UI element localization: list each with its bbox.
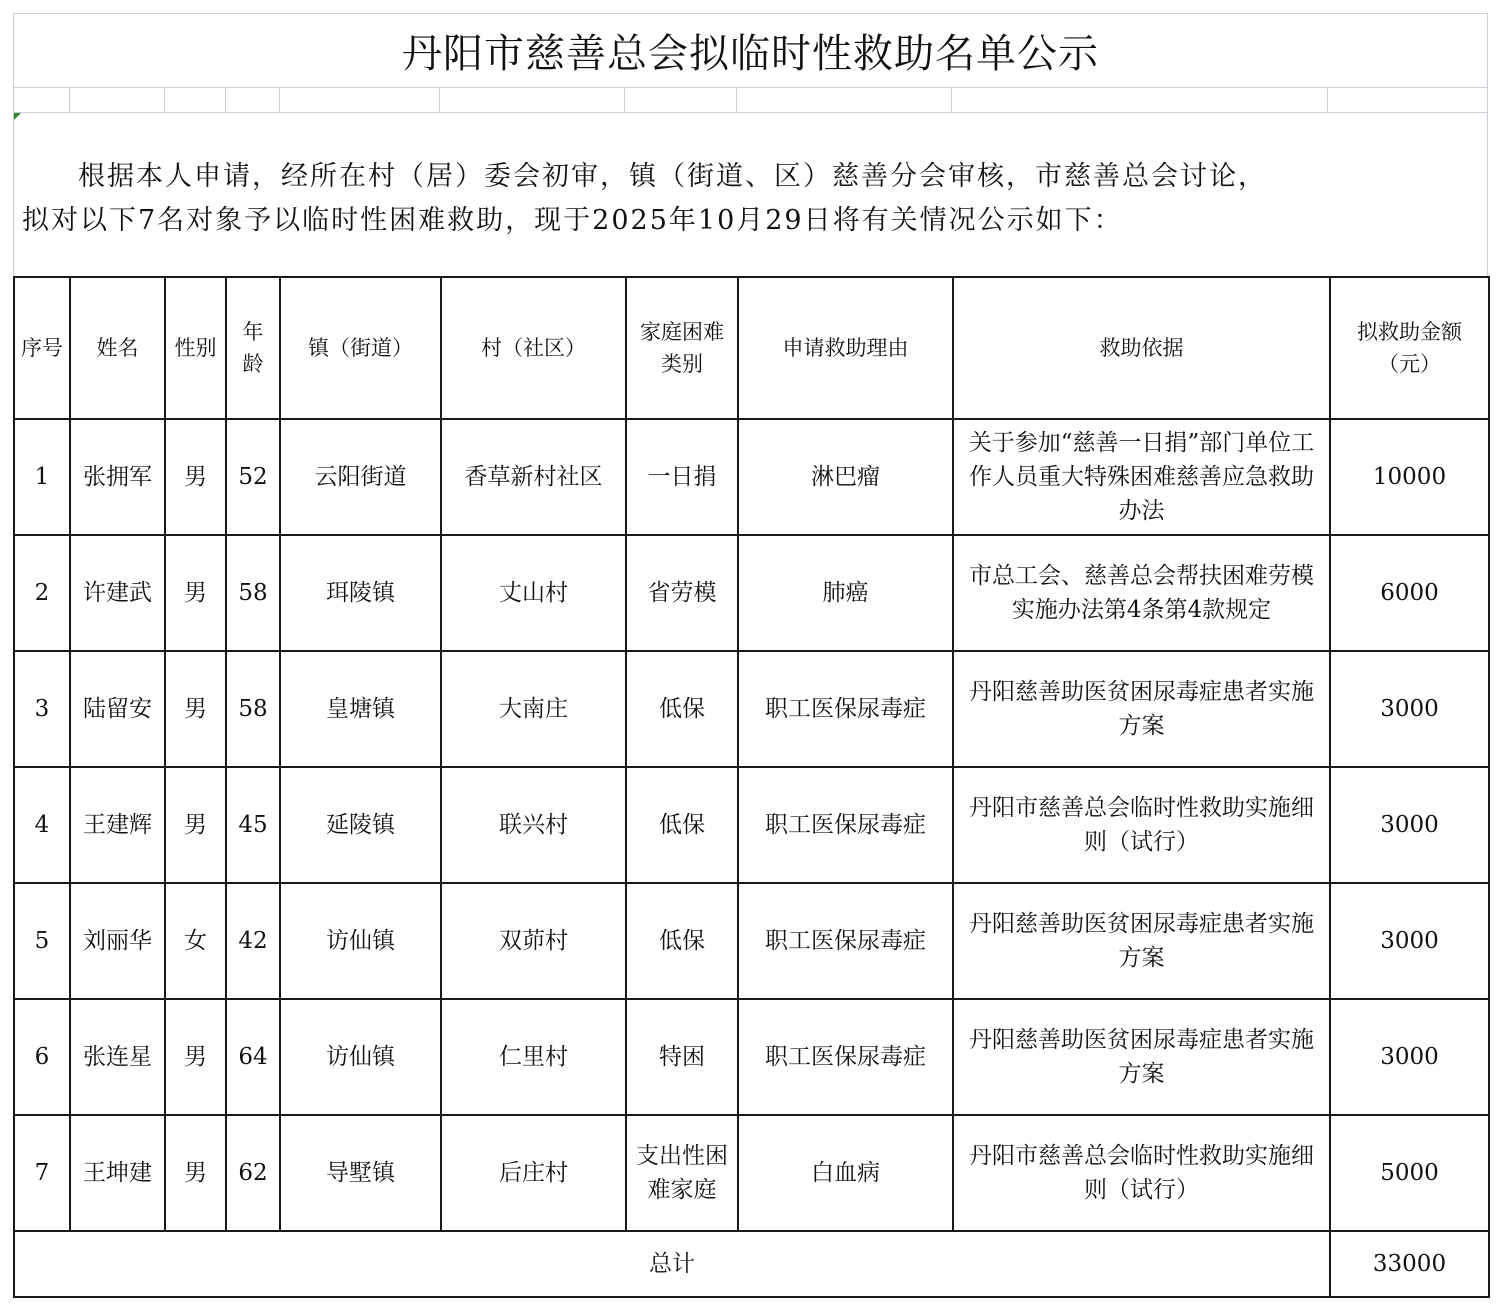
cell-age: 42 (226, 883, 280, 999)
cell-age: 58 (226, 535, 280, 651)
notice-sheet: 丹阳市慈善总会拟临时性救助名单公示 根据本人申请，经所在村（居）委会初审，镇（街… (13, 13, 1488, 1298)
header-amount: 拟救助金额（元） (1330, 277, 1489, 419)
header-town: 镇（街道） (280, 277, 441, 419)
cell-reason: 白血病 (738, 1115, 953, 1231)
cell-basis: 丹阳市慈善总会临时性救助实施细则（试行） (953, 767, 1330, 883)
cell-village: 后庄村 (441, 1115, 626, 1231)
table-row: 5 刘丽华 女 42 访仙镇 双茆村 低保 职工医保尿毒症 丹阳慈善助医贫困尿毒… (14, 883, 1489, 999)
cell-hardship: 特困 (626, 999, 738, 1115)
cell-town: 云阳街道 (280, 419, 441, 535)
cell-village: 大南庄 (441, 651, 626, 767)
cell-amount: 3000 (1330, 883, 1489, 999)
total-amount: 33000 (1330, 1231, 1489, 1297)
header-hardship: 家庭困难类别 (626, 277, 738, 419)
relief-list-table: 序号 姓名 性别 年龄 镇（街道） 村（社区） 家庭困难类别 申请救助理由 救助… (13, 276, 1490, 1298)
table-row: 1 张拥军 男 52 云阳街道 香草新村社区 一日捐 淋巴瘤 关于参加“慈善一日… (14, 419, 1489, 535)
empty-cell (165, 88, 226, 112)
cell-amount: 6000 (1330, 535, 1489, 651)
table-row: 4 王建辉 男 45 延陵镇 联兴村 低保 职工医保尿毒症 丹阳市慈善总会临时性… (14, 767, 1489, 883)
header-amount-line2: （元） (1378, 352, 1441, 376)
cell-amount: 3000 (1330, 651, 1489, 767)
header-village: 村（社区） (441, 277, 626, 419)
cell-index: 7 (14, 1115, 70, 1231)
header-reason: 申请救助理由 (738, 277, 953, 419)
cell-basis: 市总工会、慈善总会帮扶困难劳模实施办法第4条第4款规定 (953, 535, 1330, 651)
table-row: 3 陆留安 男 58 皇塘镇 大南庄 低保 职工医保尿毒症 丹阳慈善助医贫困尿毒… (14, 651, 1489, 767)
cell-name: 张连星 (70, 999, 165, 1115)
cell-index: 2 (14, 535, 70, 651)
total-label: 总计 (14, 1231, 1330, 1297)
header-age: 年龄 (226, 277, 280, 419)
cell-hardship: 支出性困难家庭 (626, 1115, 738, 1231)
cell-reason: 职工医保尿毒症 (738, 767, 953, 883)
cell-village: 双茆村 (441, 883, 626, 999)
cell-index: 4 (14, 767, 70, 883)
cell-gender: 男 (165, 1115, 226, 1231)
empty-cell (440, 88, 625, 112)
cell-reason: 职工医保尿毒症 (738, 651, 953, 767)
empty-cell (737, 88, 952, 112)
cell-town: 访仙镇 (280, 883, 441, 999)
cell-basis: 丹阳慈善助医贫困尿毒症患者实施方案 (953, 883, 1330, 999)
empty-cell (280, 88, 441, 112)
cell-gender: 男 (165, 419, 226, 535)
empty-grid-row (13, 87, 1488, 113)
cell-age: 58 (226, 651, 280, 767)
header-name: 姓名 (70, 277, 165, 419)
cell-hardship: 低保 (626, 883, 738, 999)
cell-name: 张拥军 (70, 419, 165, 535)
page-title: 丹阳市慈善总会拟临时性救助名单公示 (402, 22, 1099, 79)
cell-amount: 3000 (1330, 999, 1489, 1115)
cell-age: 45 (226, 767, 280, 883)
cell-hardship: 低保 (626, 767, 738, 883)
cell-name: 王坤建 (70, 1115, 165, 1231)
cell-reason: 职工医保尿毒症 (738, 999, 953, 1115)
cell-name: 陆留安 (70, 651, 165, 767)
cell-gender: 男 (165, 767, 226, 883)
cell-town: 访仙镇 (280, 999, 441, 1115)
cell-name: 许建武 (70, 535, 165, 651)
cell-comment-marker (14, 113, 21, 120)
title-cell: 丹阳市慈善总会拟临时性救助名单公示 (13, 13, 1488, 87)
cell-reason: 淋巴瘤 (738, 419, 953, 535)
cell-town: 导墅镇 (280, 1115, 441, 1231)
cell-index: 3 (14, 651, 70, 767)
cell-index: 6 (14, 999, 70, 1115)
cell-index: 5 (14, 883, 70, 999)
header-basis: 救助依据 (953, 277, 1330, 419)
table-row: 6 张连星 男 64 访仙镇 仁里村 特困 职工医保尿毒症 丹阳慈善助医贫困尿毒… (14, 999, 1489, 1115)
cell-town: 皇塘镇 (280, 651, 441, 767)
cell-village: 香草新村社区 (441, 419, 626, 535)
cell-village: 仁里村 (441, 999, 626, 1115)
table-header-row: 序号 姓名 性别 年龄 镇（街道） 村（社区） 家庭困难类别 申请救助理由 救助… (14, 277, 1489, 419)
cell-name: 王建辉 (70, 767, 165, 883)
header-hardship-line2: 类别 (661, 352, 703, 376)
cell-basis: 丹阳慈善助医贫困尿毒症患者实施方案 (953, 999, 1330, 1115)
cell-amount: 5000 (1330, 1115, 1489, 1231)
cell-reason: 职工医保尿毒症 (738, 883, 953, 999)
empty-cell (952, 88, 1328, 112)
intro-paragraph: 根据本人申请，经所在村（居）委会初审，镇（街道、区）慈善分会审核，市慈善总会讨论… (13, 113, 1488, 276)
intro-line-1: 根据本人申请，经所在村（居）委会初审，镇（街道、区）慈善分会审核，市慈善总会讨论… (78, 161, 1267, 192)
cell-gender: 男 (165, 651, 226, 767)
empty-cell (625, 88, 737, 112)
cell-amount: 3000 (1330, 767, 1489, 883)
cell-hardship: 一日捐 (626, 419, 738, 535)
table-row: 2 许建武 男 58 珥陵镇 丈山村 省劳模 肺癌 市总工会、慈善总会帮扶困难劳… (14, 535, 1489, 651)
header-hardship-line1: 家庭困难 (640, 320, 724, 344)
cell-town: 延陵镇 (280, 767, 441, 883)
intro-line-2: 拟对以下7名对象予以临时性困难救助，现于2025年10月29日将有关情况公示如下… (22, 205, 1123, 236)
cell-amount: 10000 (1330, 419, 1489, 535)
total-row: 总计 33000 (14, 1231, 1489, 1297)
table-row: 7 王坤建 男 62 导墅镇 后庄村 支出性困难家庭 白血病 丹阳市慈善总会临时… (14, 1115, 1489, 1231)
empty-cell (14, 88, 70, 112)
cell-hardship: 低保 (626, 651, 738, 767)
cell-age: 64 (226, 999, 280, 1115)
cell-basis: 丹阳慈善助医贫困尿毒症患者实施方案 (953, 651, 1330, 767)
cell-index: 1 (14, 419, 70, 535)
cell-basis: 丹阳市慈善总会临时性救助实施细则（试行） (953, 1115, 1330, 1231)
empty-cell (1328, 88, 1487, 112)
empty-cell (70, 88, 165, 112)
header-age-line1: 年 (243, 320, 264, 344)
cell-gender: 女 (165, 883, 226, 999)
cell-age: 52 (226, 419, 280, 535)
empty-cell (226, 88, 280, 112)
cell-hardship: 省劳模 (626, 535, 738, 651)
cell-basis: 关于参加“慈善一日捐”部门单位工作人员重大特殊困难慈善应急救助办法 (953, 419, 1330, 535)
header-gender: 性别 (165, 277, 226, 419)
cell-reason: 肺癌 (738, 535, 953, 651)
header-age-line2: 龄 (243, 352, 264, 376)
header-index: 序号 (14, 277, 70, 419)
cell-gender: 男 (165, 535, 226, 651)
cell-village: 丈山村 (441, 535, 626, 651)
cell-village: 联兴村 (441, 767, 626, 883)
cell-name: 刘丽华 (70, 883, 165, 999)
cell-gender: 男 (165, 999, 226, 1115)
cell-town: 珥陵镇 (280, 535, 441, 651)
header-amount-line1: 拟救助金额 (1357, 320, 1462, 344)
cell-age: 62 (226, 1115, 280, 1231)
